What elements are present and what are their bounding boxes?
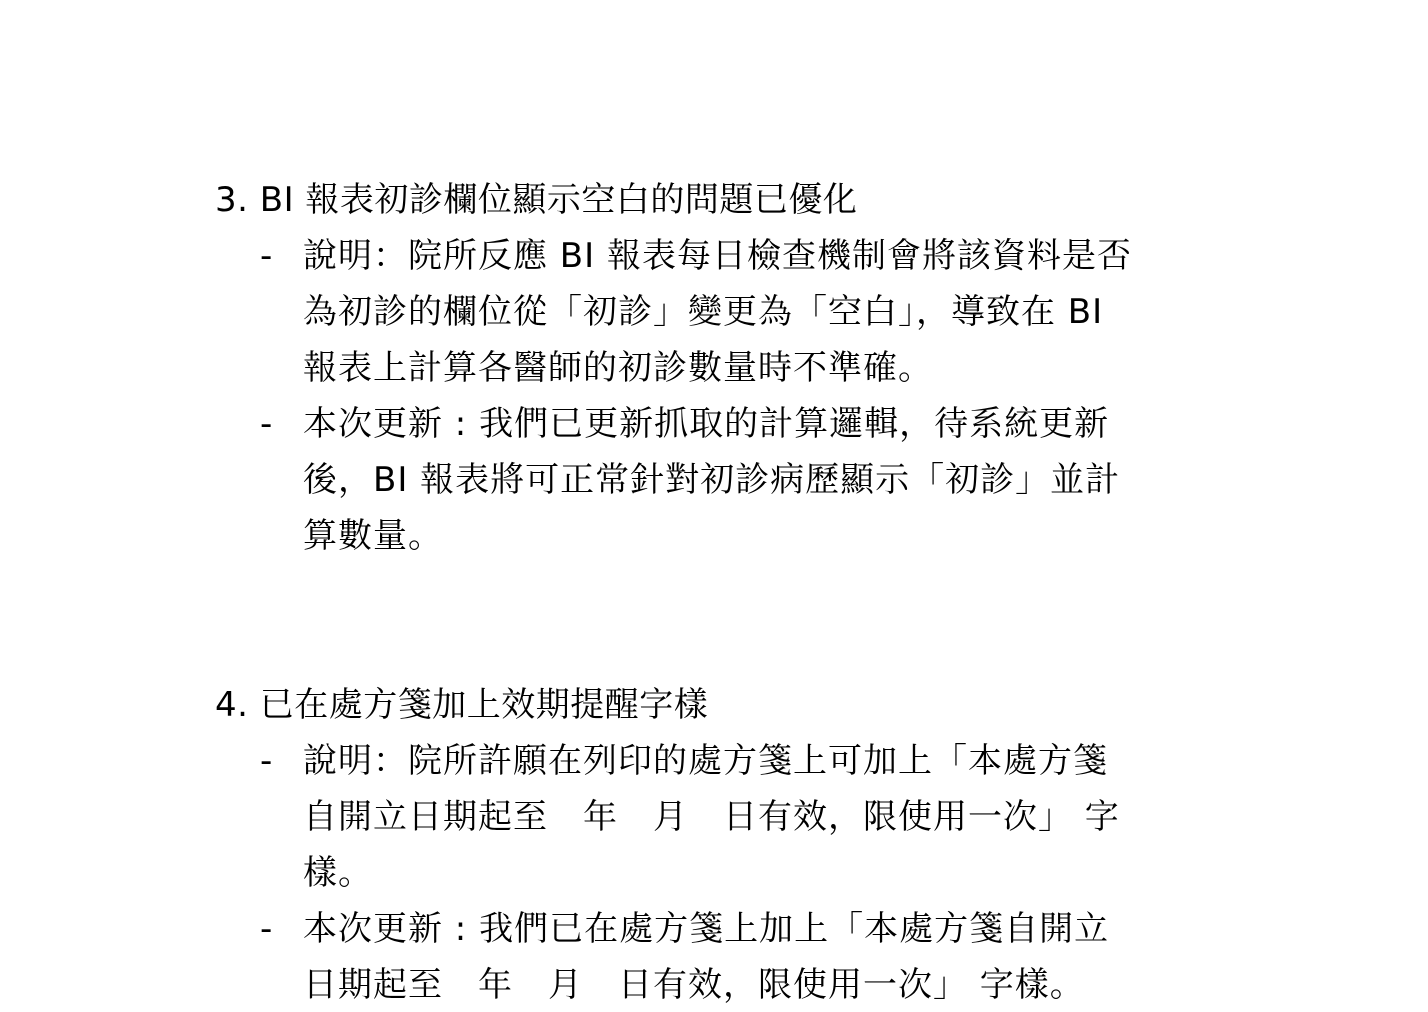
bullet-description: - 說明：院所許願在列印的處方箋上可加上「本處方箋 自開立日期起至 年 月 日有… [215,733,1203,901]
bullet-line: 報表上計算各醫師的初診數量時不準確。 [303,340,1203,396]
bullet-line: 說明：院所反應 BI 報表每日檢查機制會將該資料是否 [303,228,1203,284]
bullet-line: 後，BI 報表將可正常針對初診病歷顯示「初診」並計 [303,452,1203,508]
bullet-marker: - [260,901,273,957]
bullet-line: 算數量。 [303,508,1203,564]
section-heading: 4. 已在處方箋加上效期提醒字樣 [215,677,1215,733]
bullet-marker: - [260,396,273,452]
bullet-update: - 本次更新 : 我們已在處方箋上加上「本處方箋自開立 日期起至 年 月 日有效… [215,901,1203,1012]
bullet-line: 自開立日期起至 年 月 日有效，限使用一次」 字 [303,789,1203,845]
bullet-line: 樣。 [303,845,1203,901]
section-bi-report-fix: 3. BI 報表初診欄位顯示空白的問題已優化 - 說明：院所反應 BI 報表每日… [215,172,1215,564]
bullet-line: 本次更新 : 我們已更新抓取的計算邏輯，待系統更新 [303,396,1203,452]
bullet-line: 日期起至 年 月 日有效，限使用一次」 字樣。 [303,957,1203,1012]
section-heading: 3. BI 報表初診欄位顯示空白的問題已優化 [215,172,1215,228]
bullet-marker: - [260,228,273,284]
bullet-line: 本次更新 : 我們已在處方箋上加上「本處方箋自開立 [303,901,1203,957]
bullet-description: - 說明：院所反應 BI 報表每日檢查機制會將該資料是否 為初診的欄位從「初診」… [215,228,1203,396]
bullet-line: 說明：院所許願在列印的處方箋上可加上「本處方箋 [303,733,1203,789]
section-prescription-validity: 4. 已在處方箋加上效期提醒字樣 - 說明：院所許願在列印的處方箋上可加上「本處… [215,677,1215,1012]
bullet-update: - 本次更新 : 我們已更新抓取的計算邏輯，待系統更新 後，BI 報表將可正常針… [215,396,1203,564]
bullet-marker: - [260,733,273,789]
bullet-line: 為初診的欄位從「初診」變更為「空白」，導致在 BI [303,284,1203,340]
